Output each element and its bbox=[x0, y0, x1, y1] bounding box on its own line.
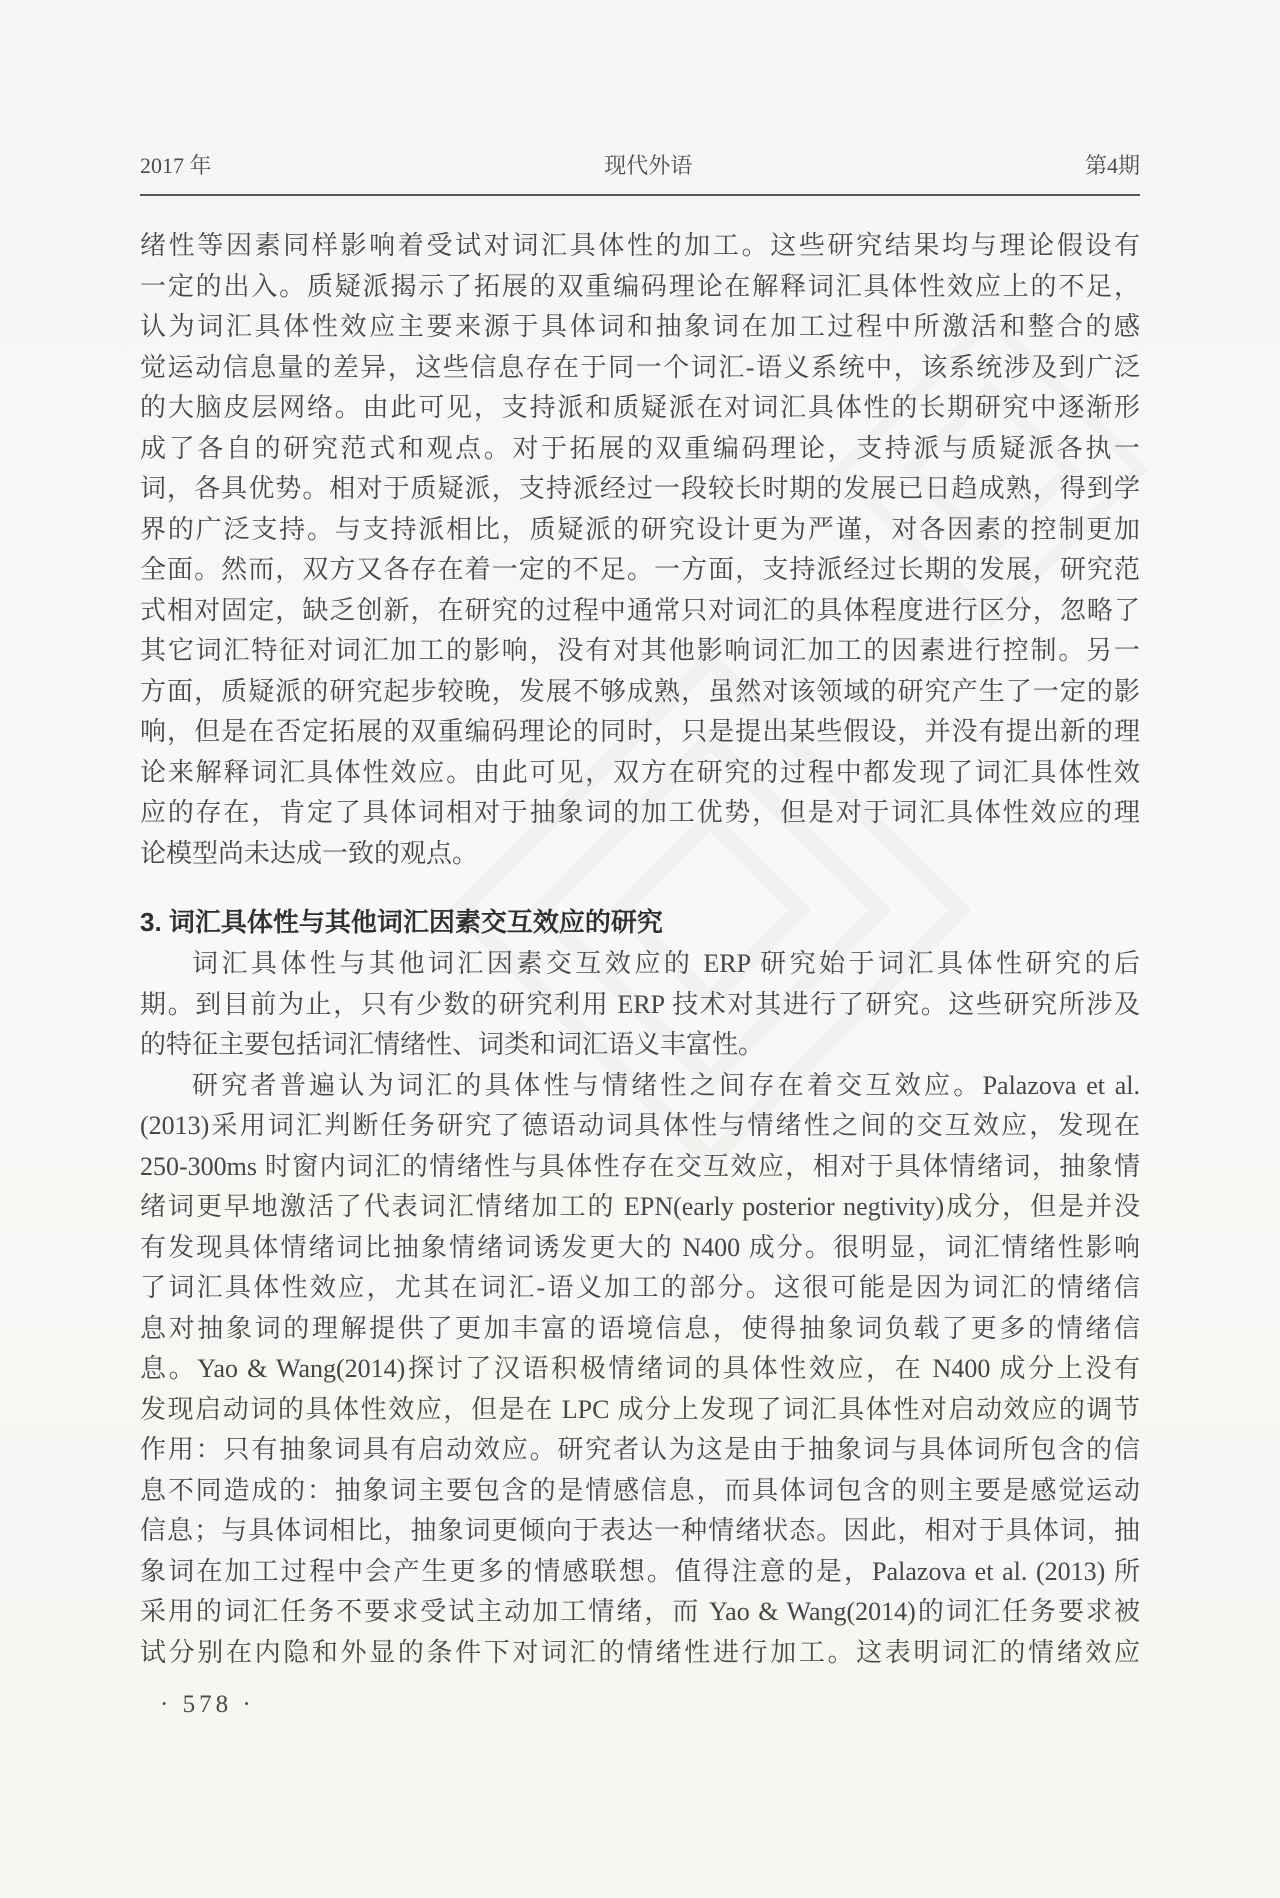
text-line: 成了各自的研究范式和观点。对于拓展的双重编码理论，支持派与质疑派各执一 bbox=[140, 429, 1140, 470]
text-line: 应的存在，肯定了具体词相对于抽象词的加工优势，但是对于词汇具体性效应的理 bbox=[140, 793, 1140, 834]
text-line: 论来解释词汇具体性效应。由此可见，双方在研究的过程中都发现了词汇具体性效 bbox=[140, 753, 1140, 794]
body-paragraph-1: 绪性等因素同样影响着受试对词汇具体性的加工。这些研究结果均与理论假设有 一定的出… bbox=[140, 226, 1140, 874]
header-journal-title: 现代外语 bbox=[604, 149, 692, 180]
text-line: 词汇具体性与其他词汇因素交互效应的 ERP 研究始于词汇具体性研究的后 bbox=[140, 944, 1140, 985]
text-line: 息对抽象词的理解提供了更加丰富的语境信息，使得抽象词负载了更多的情绪信 bbox=[140, 1309, 1140, 1350]
header-year: 2017 年 bbox=[140, 149, 212, 180]
text-line: 绪词更早地激活了代表词汇情绪加工的 EPN(early posterior ne… bbox=[140, 1187, 1140, 1228]
text-line: 息。Yao & Wang(2014)探讨了汉语积极情绪词的具体性效应，在 N40… bbox=[140, 1349, 1140, 1390]
section-heading: 3. 词汇具体性与其他词汇因素交互效应的研究 bbox=[140, 902, 1140, 942]
text-line: 作用：只有抽象词具有启动效应。研究者认为这是由于抽象词与具体词所包含的信 bbox=[140, 1430, 1140, 1471]
text-line: 250-300ms 时窗内词汇的情绪性与具体性存在交互效应，相对于具体情绪词，抽… bbox=[140, 1147, 1140, 1188]
text-line: 式相对固定，缺乏创新，在研究的过程中通常只对词汇的具体程度进行区分，忽略了 bbox=[140, 591, 1140, 632]
text-line: 认为词汇具体性效应主要来源于具体词和抽象词在加工过程中所激活和整合的感 bbox=[140, 307, 1140, 348]
text-line: 息不同造成的：抽象词主要包含的是情感信息，而具体词包含的则主要是感觉运动 bbox=[140, 1471, 1140, 1512]
text-line: 试分别在内隐和外显的条件下对词汇的情绪性进行加工。这表明词汇的情绪效应 bbox=[140, 1633, 1140, 1674]
text-line: 象词在加工过程中会产生更多的情感联想。值得注意的是，Palazova et al… bbox=[140, 1552, 1140, 1593]
text-line: 全面。然而，双方又各存在着一定的不足。一方面，支持派经过长期的发展，研究范 bbox=[140, 550, 1140, 591]
text-line: 一定的出入。质疑派揭示了拓展的双重编码理论在解释词汇具体性效应上的不足， bbox=[140, 267, 1140, 308]
page-header: 2017 年 现代外语 第4期 bbox=[140, 150, 1140, 180]
text-line: 有发现具体情绪词比抽象情绪词诱发更大的 N400 成分。很明显，词汇情绪性影响 bbox=[140, 1228, 1140, 1269]
header-issue: 第4期 bbox=[1085, 149, 1140, 180]
header-rule bbox=[140, 194, 1140, 196]
text-line: 绪性等因素同样影响着受试对词汇具体性的加工。这些研究结果均与理论假设有 bbox=[140, 226, 1140, 267]
text-line: 界的广泛支持。与支持派相比，质疑派的研究设计更为严谨，对各因素的控制更加 bbox=[140, 510, 1140, 551]
text-line: 其它词汇特征对词汇加工的影响，没有对其他影响词汇加工的因素进行控制。另一 bbox=[140, 631, 1140, 672]
text-line: (2013)采用词汇判断任务研究了德语动词具体性与情绪性之间的交互效应，发现在 bbox=[140, 1106, 1140, 1147]
text-line: 了词汇具体性效应，尤其在词汇-语义加工的部分。这很可能是因为词汇的情绪信 bbox=[140, 1268, 1140, 1309]
text-line: 信息；与具体词相比，抽象词更倾向于表达一种情绪状态。因此，相对于具体词，抽 bbox=[140, 1511, 1140, 1552]
body-paragraph-2: 词汇具体性与其他词汇因素交互效应的 ERP 研究始于词汇具体性研究的后 期。到目… bbox=[140, 944, 1140, 1066]
text-line: 期。到目前为止，只有少数的研究利用 ERP 技术对其进行了研究。这些研究所涉及 bbox=[140, 985, 1140, 1026]
page-number: · 578 · bbox=[160, 1691, 255, 1718]
text-line: 采用的词汇任务不要求受试主动加工情绪，而 Yao & Wang(2014)的词汇… bbox=[140, 1592, 1140, 1633]
text-line: 的特征主要包括词汇情绪性、词类和词汇语义丰富性。 bbox=[140, 1025, 1140, 1066]
text-line: 方面，质疑派的研究起步较晚，发展不够成熟，虽然对该领域的研究产生了一定的影 bbox=[140, 672, 1140, 713]
text-line: 的大脑皮层网络。由此可见，支持派和质疑派在对词汇具体性的长期研究中逐渐形 bbox=[140, 388, 1140, 429]
text-line: 觉运动信息量的差异，这些信息存在于同一个词汇-语义系统中，该系统涉及到广泛 bbox=[140, 348, 1140, 389]
document-page: 2017 年 现代外语 第4期 绪性等因素同样影响着受试对词汇具体性的加工。这些… bbox=[0, 0, 1280, 1898]
text-line: 词，各具优势。相对于质疑派，支持派经过一段较长时期的发展已日趋成熟，得到学 bbox=[140, 469, 1140, 510]
text-line: 论模型尚未达成一致的观点。 bbox=[140, 834, 1140, 875]
text-line: 发现启动词的具体性效应，但是在 LPC 成分上发现了词汇具体性对启动效应的调节 bbox=[140, 1390, 1140, 1431]
page-footer: · 578 · bbox=[140, 1691, 1140, 1719]
body-paragraph-3: 研究者普遍认为词汇的具体性与情绪性之间存在着交互效应。Palazova et a… bbox=[140, 1066, 1140, 1674]
text-line: 研究者普遍认为词汇的具体性与情绪性之间存在着交互效应。Palazova et a… bbox=[140, 1066, 1140, 1107]
text-line: 响，但是在否定拓展的双重编码理论的同时，只是提出某些假设，并没有提出新的理 bbox=[140, 712, 1140, 753]
